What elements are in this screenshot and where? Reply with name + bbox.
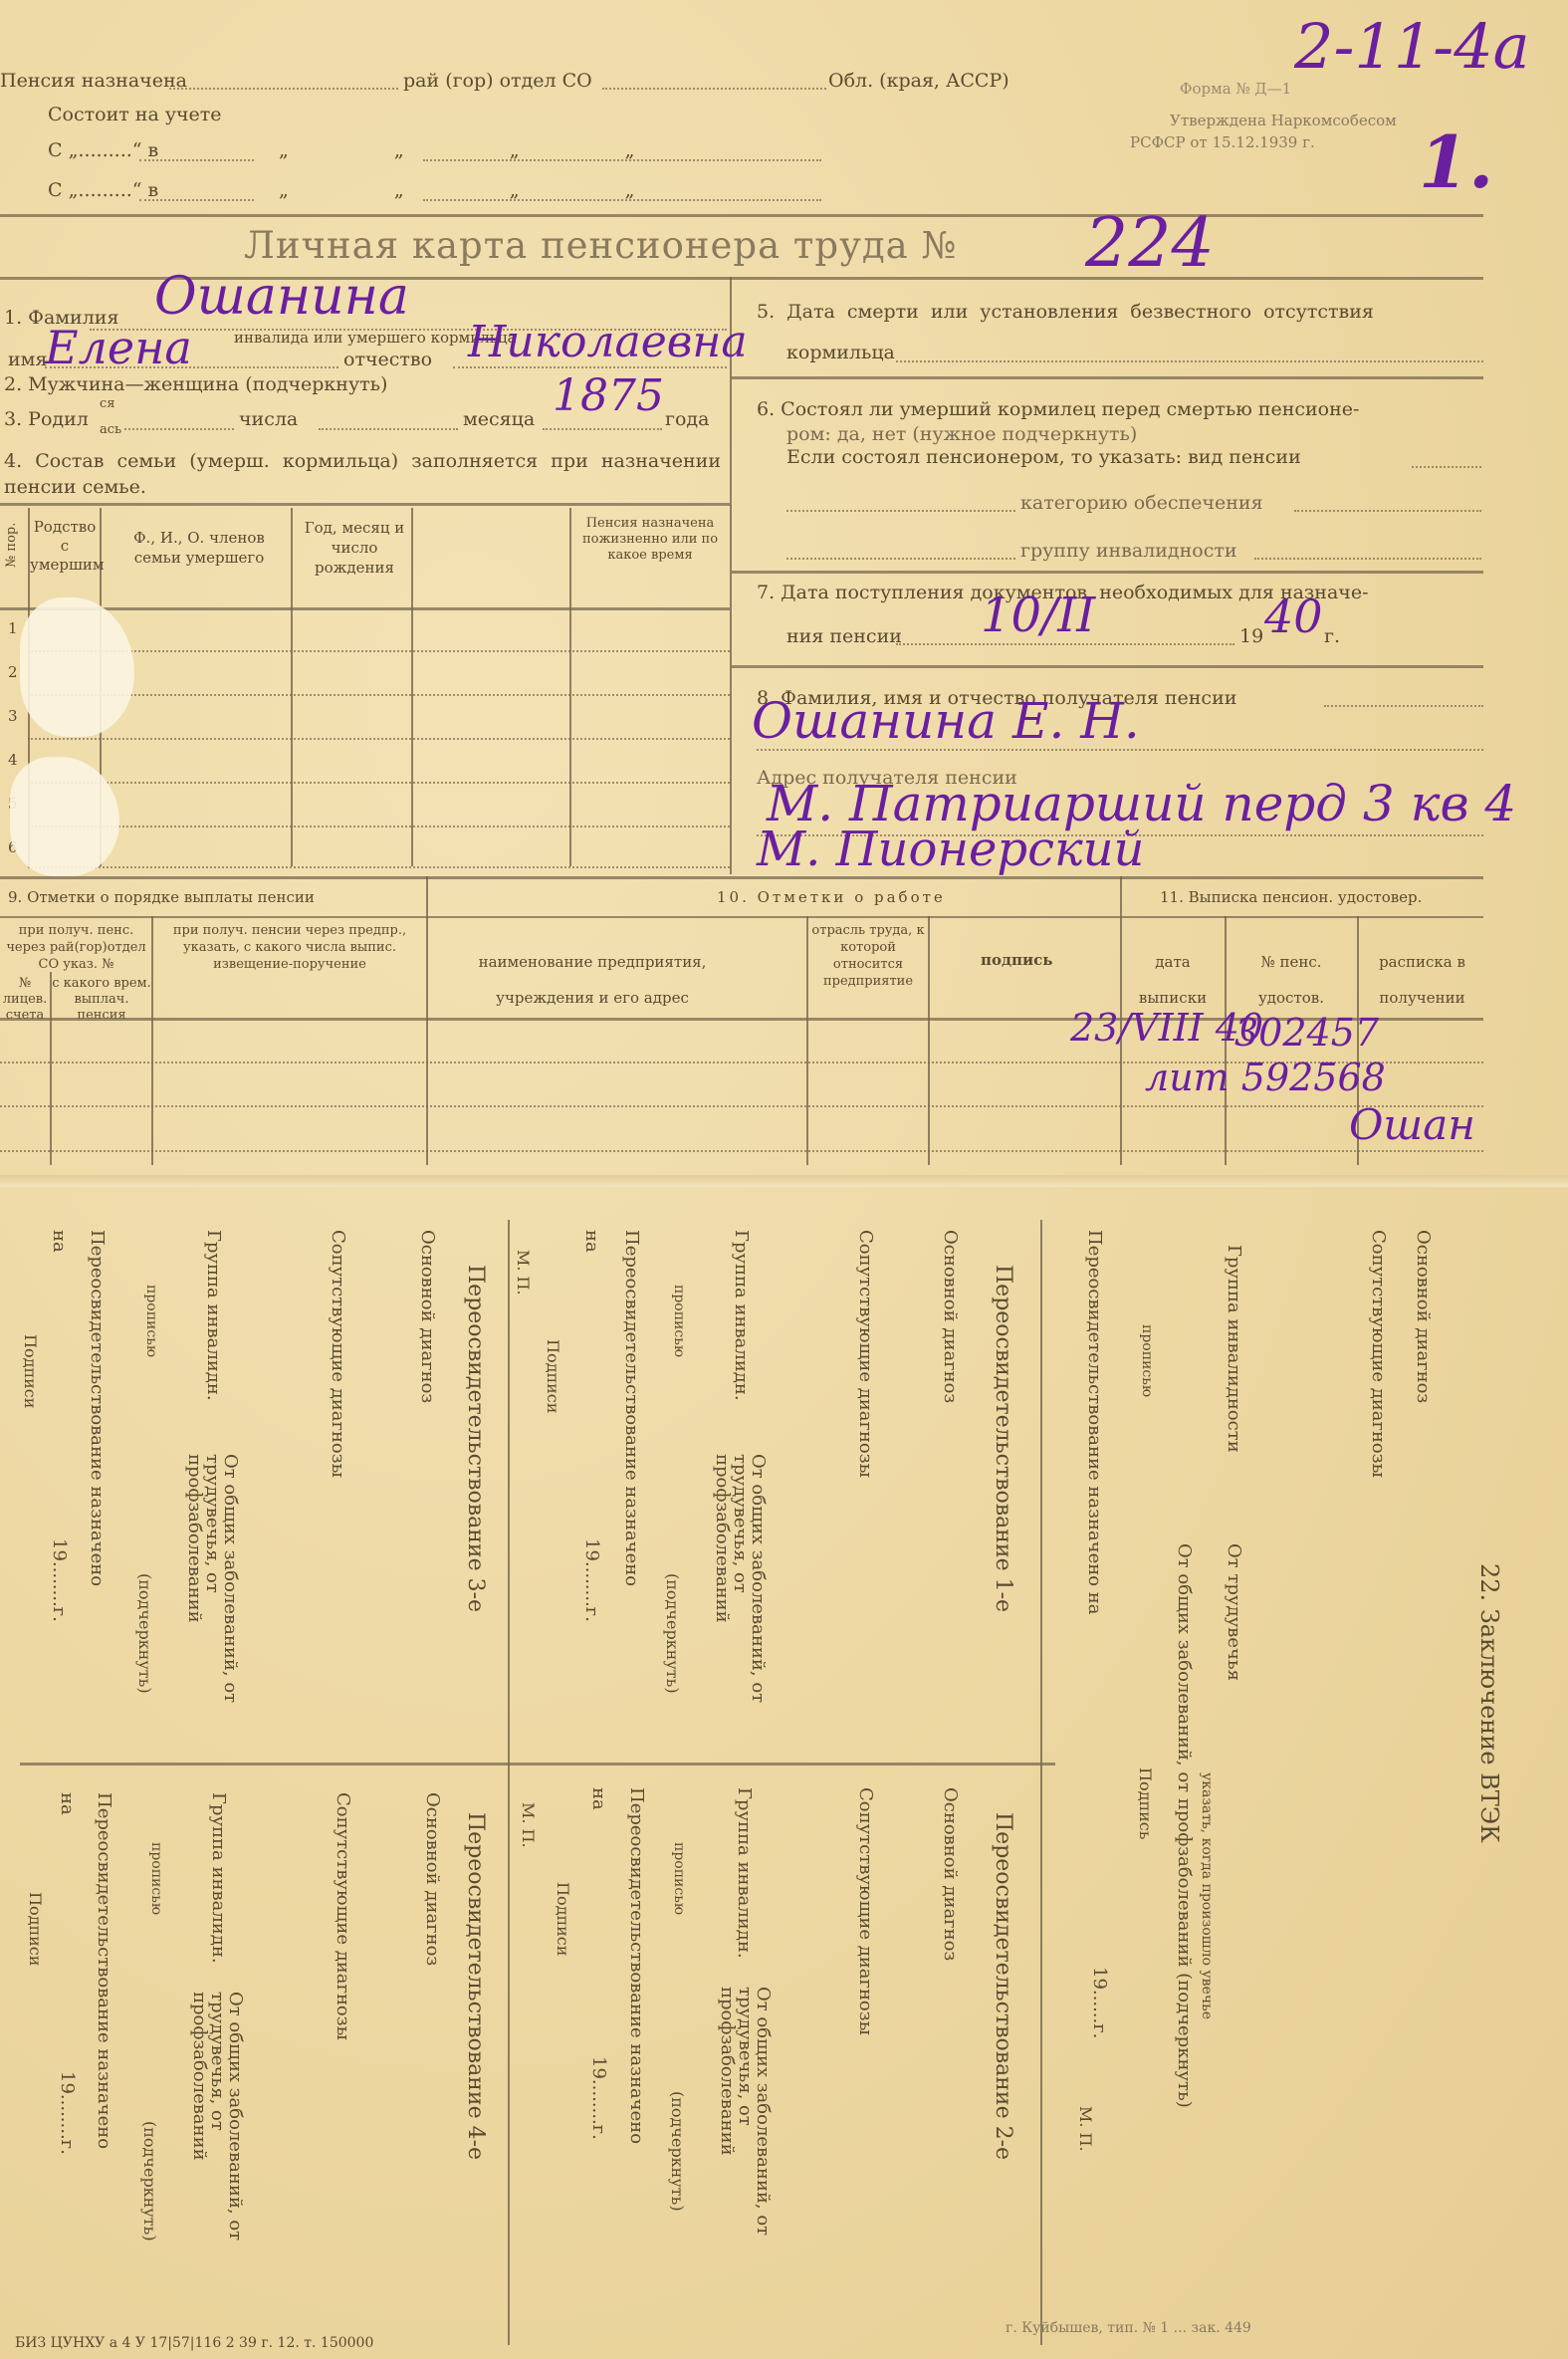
year-suffix: г. bbox=[1324, 625, 1340, 647]
ditto-marks-1: „ „ „ „ bbox=[279, 139, 685, 161]
reexam-2-title: Переосвидетельствование 2-е bbox=[991, 1812, 1015, 2160]
born-suffix-masc: ся bbox=[100, 396, 114, 411]
field-6-cont: ром: да, нет (нужное подчеркнуть) bbox=[786, 423, 1137, 445]
family-row-number: 2 bbox=[8, 663, 18, 681]
field-6-pension-type: Если состоял пенсионером, то указать: ви… bbox=[786, 446, 1301, 468]
reexam-3-next: Переосвидетельствование назначено bbox=[87, 1230, 108, 1586]
reexam-1-main-diagnosis: Основной диагноз bbox=[940, 1230, 961, 1403]
section-9-title: 9. Отметки о порядке выплаты пенсии bbox=[8, 888, 315, 906]
family-row-number: 4 bbox=[8, 751, 18, 769]
conclusion-signature: Подпись bbox=[1136, 1768, 1155, 1839]
document-receipt-date: 10/II bbox=[981, 588, 1095, 643]
reexam-4-signatures: Подписи bbox=[26, 1892, 45, 1966]
reexam-1-seal: М. П. bbox=[514, 1250, 533, 1296]
section-10-title: 10. Отметки о работе bbox=[717, 888, 946, 906]
family-header-birthdate: Год, месяц и число рождения bbox=[299, 518, 410, 578]
year-prefix: 19 bbox=[1239, 625, 1263, 647]
reexam-4-group: Группа инвалидн. bbox=[208, 1792, 229, 1964]
reexam-1-signatures: Подписи bbox=[544, 1339, 562, 1413]
family-label: 4. Состав семьи (умерш. кормильца) запол… bbox=[4, 448, 721, 500]
registered-from-row-2: С „.........“ в bbox=[48, 179, 158, 201]
conclusion-accomp-diagnosis: Сопутствующие диагнозы bbox=[1368, 1230, 1389, 1478]
field-6: 6. Состоял ли умерший кормилец перед сме… bbox=[757, 398, 1359, 420]
registered-from-row-1: С „.........“ в bbox=[48, 139, 158, 161]
reexam-2-seal: М. П. bbox=[519, 1802, 538, 1848]
account-number-header: № лицев. счета bbox=[0, 976, 50, 1024]
card-title: Личная карта пенсионера труда № bbox=[244, 224, 957, 267]
reexam-1-year: 19........г. bbox=[581, 1538, 602, 1622]
enterprise-header: наименование предприятия, учреждения и е… bbox=[443, 944, 742, 1016]
family-row-number: 3 bbox=[8, 707, 18, 725]
ditto-marks-2: „ „ „ „ bbox=[279, 179, 685, 201]
birth-year-value: 1875 bbox=[553, 370, 664, 421]
reexam-2-main-diagnosis: Основной диагноз bbox=[940, 1787, 961, 1961]
address-line-2: М. Пионерский bbox=[757, 822, 1144, 877]
reexam-4-in-words: прописью bbox=[148, 1842, 164, 1915]
form-number: Форма № Д—1 bbox=[1180, 80, 1291, 98]
handwritten-code: 2-11-4а bbox=[1294, 10, 1530, 83]
reexam-4-main-diagnosis: Основной диагноз bbox=[422, 1792, 443, 1966]
conclusion-in-words: прописью bbox=[1139, 1324, 1155, 1397]
conclusion-title: 22. Заключение ВТЭК bbox=[1475, 1563, 1503, 1843]
field-5-cont: кормильца bbox=[786, 342, 895, 363]
district-office-label: рай (гор) отдел СО bbox=[403, 70, 592, 92]
reexam-2-year: 19........г. bbox=[588, 2056, 609, 2140]
reexam-2-accomp-diagnosis: Сопутствующие диагнозы bbox=[855, 1787, 876, 2035]
reexam-1-group: Группа инвалидн. bbox=[731, 1230, 752, 1401]
family-header-name: Ф., И., О. членов семьи умершего bbox=[110, 528, 289, 568]
certificate-number-value-2: лит 592568 bbox=[1145, 1056, 1386, 1099]
conclusion-next: Переосвидетельствование назначено на bbox=[1084, 1230, 1105, 1615]
reexam-2-causes: От общих заболеваний, от трудувечья, от … bbox=[718, 1987, 772, 2265]
field-6-disability-group: группу инвалидности bbox=[1020, 540, 1237, 562]
reexam-3-main-diagnosis: Основной диагноз bbox=[417, 1230, 438, 1403]
reexam-3-in-words: прописью bbox=[143, 1285, 159, 1357]
conclusion-year: 19......г. bbox=[1089, 1967, 1110, 2038]
approved-line-1: Утверждена Наркомсобесом bbox=[1170, 112, 1397, 129]
reexam-2-in-words: прописью bbox=[671, 1842, 687, 1915]
printer-imprint-left: БИЗ ЦУНХУ а 4 У 17|57|116 2 39 г. 12. т.… bbox=[15, 2335, 373, 2351]
printer-imprint-right: г. Куйбышев, тип. № 1 ... зак. 449 bbox=[1006, 2320, 1251, 2336]
reexam-3-group: Группа инвалидн. bbox=[203, 1230, 224, 1401]
reexam-4-next: Переосвидетельствование назначено bbox=[94, 1792, 114, 2149]
section-11-title: 11. Выписка пенсион. удостовер. bbox=[1160, 888, 1422, 906]
reexam-3-signatures: Подписи bbox=[21, 1334, 40, 1408]
conclusion-cause-injury: От трудувечья bbox=[1224, 1543, 1244, 1681]
reexam-4-on: на bbox=[57, 1792, 78, 1815]
reexam-1-next: Переосвидетельствование назначено bbox=[621, 1230, 642, 1586]
receipt-header: расписка в получении bbox=[1360, 944, 1484, 1016]
reexam-3-causes: От общих заболеваний, от трудувечья, от … bbox=[185, 1454, 239, 1733]
recipient-name-value: Ошанина Е. Н. bbox=[752, 692, 1140, 750]
family-row-number: 1 bbox=[8, 619, 18, 637]
reexam-3-underline: (подчеркнуть) bbox=[135, 1573, 154, 1694]
handwritten-mark: 1. bbox=[1419, 119, 1493, 204]
family-header-relation: Родство с умершим bbox=[30, 518, 100, 575]
industry-header: отрасль труда, к которой относится предп… bbox=[808, 922, 928, 990]
certificate-number-value: 302457 bbox=[1234, 1011, 1379, 1055]
field-5: 5. Дата смерти или установления безвестн… bbox=[757, 301, 1374, 323]
conclusion-seal: М. П. bbox=[1076, 2106, 1095, 2152]
conclusion-cause-disease: От общих заболеваний, от профзаболеваний… bbox=[1174, 1543, 1195, 2108]
reexam-1-underline: (подчеркнуть) bbox=[663, 1573, 682, 1694]
reexam-4-year: 19........г. bbox=[57, 2071, 78, 2155]
reexam-3-year: 19........г. bbox=[49, 1538, 70, 1622]
reexam-3-title: Переосвидетельствование 3-е bbox=[463, 1265, 488, 1612]
field-7-cont: ния пенсии bbox=[786, 625, 902, 647]
reexam-2-group: Группа инвалидн. bbox=[734, 1787, 755, 1959]
conclusion-cause-injury-note: указать, когда произошло увечье bbox=[1199, 1772, 1215, 2019]
recipient-signature: Ошан bbox=[1349, 1100, 1475, 1149]
conclusion-main-diagnosis: Основной диагноз bbox=[1413, 1230, 1434, 1403]
field-6-category: категорию обеспечения bbox=[1020, 492, 1263, 514]
approved-line-2: РСФСР от 15.12.1939 г. bbox=[1130, 133, 1315, 151]
reexam-4-causes: От общих заболеваний, от трудувечья, от … bbox=[190, 1992, 244, 2270]
region-label: Обл. (края, АССР) bbox=[828, 70, 1009, 92]
reexam-4-underline: (подчеркнуть) bbox=[140, 2121, 159, 2241]
family-header-num: № пор. bbox=[4, 523, 19, 568]
reexam-1-causes: От общих заболеваний, от трудувечья, от … bbox=[713, 1454, 767, 1733]
year-label: года bbox=[665, 408, 709, 430]
reexam-3-accomp-diagnosis: Сопутствующие диагнозы bbox=[328, 1230, 348, 1478]
reexam-2-next: Переосвидетельствование назначено bbox=[626, 1787, 647, 2144]
pension-assigned-label: Пенсия назначена bbox=[0, 70, 187, 92]
name-label: имя bbox=[8, 349, 47, 370]
document-receipt-year: 40 bbox=[1264, 590, 1323, 643]
registered-label: Состоит на учете bbox=[48, 104, 222, 125]
born-label: 3. Родил bbox=[4, 408, 89, 430]
born-suffix-fem: ась bbox=[100, 422, 121, 437]
patronymic-label: отчество bbox=[343, 349, 432, 370]
section-9-col-a: при получ. пенс. через рай(гор)отдел СО … bbox=[4, 922, 148, 973]
section-9-col-b: при получ. пенсии через предпр., указать… bbox=[154, 922, 425, 973]
family-header-pension-term: Пенсия назначена пожизненно или по какое… bbox=[575, 516, 725, 564]
signature-header: подпись bbox=[981, 951, 1052, 969]
reexam-2-underline: (подчеркнуть) bbox=[668, 2091, 687, 2212]
fold-line bbox=[0, 1175, 1568, 1187]
reexam-1-on: на bbox=[581, 1230, 602, 1253]
conclusion-group: Группа инвалидности bbox=[1224, 1245, 1244, 1453]
sex-label: 2. Мужчина—женщина (подчеркнуть) bbox=[4, 373, 387, 395]
month-label: месяца bbox=[463, 408, 535, 430]
reexam-1-in-words: прописью bbox=[671, 1285, 687, 1357]
day-label: числа bbox=[239, 408, 298, 430]
payment-start-header: с какого врем. выплач. пенсия bbox=[52, 976, 151, 1024]
reexam-1-accomp-diagnosis: Сопутствующие диагнозы bbox=[855, 1230, 876, 1478]
reexam-3-on: на bbox=[49, 1230, 70, 1253]
reexam-1-title: Переосвидетельствование 1-е bbox=[991, 1265, 1015, 1612]
reexam-4-title: Переосвидетельствование 4-е bbox=[463, 1812, 488, 2160]
reexam-2-signatures: Подписи bbox=[554, 1882, 572, 1956]
surname-value: Ошанина bbox=[154, 267, 409, 327]
patronymic-value: Николаевна bbox=[468, 317, 748, 367]
reexam-2-on: на bbox=[588, 1787, 609, 1810]
card-number: 224 bbox=[1085, 204, 1215, 283]
reexam-4-accomp-diagnosis: Сопутствующие диагнозы bbox=[333, 1792, 353, 2040]
